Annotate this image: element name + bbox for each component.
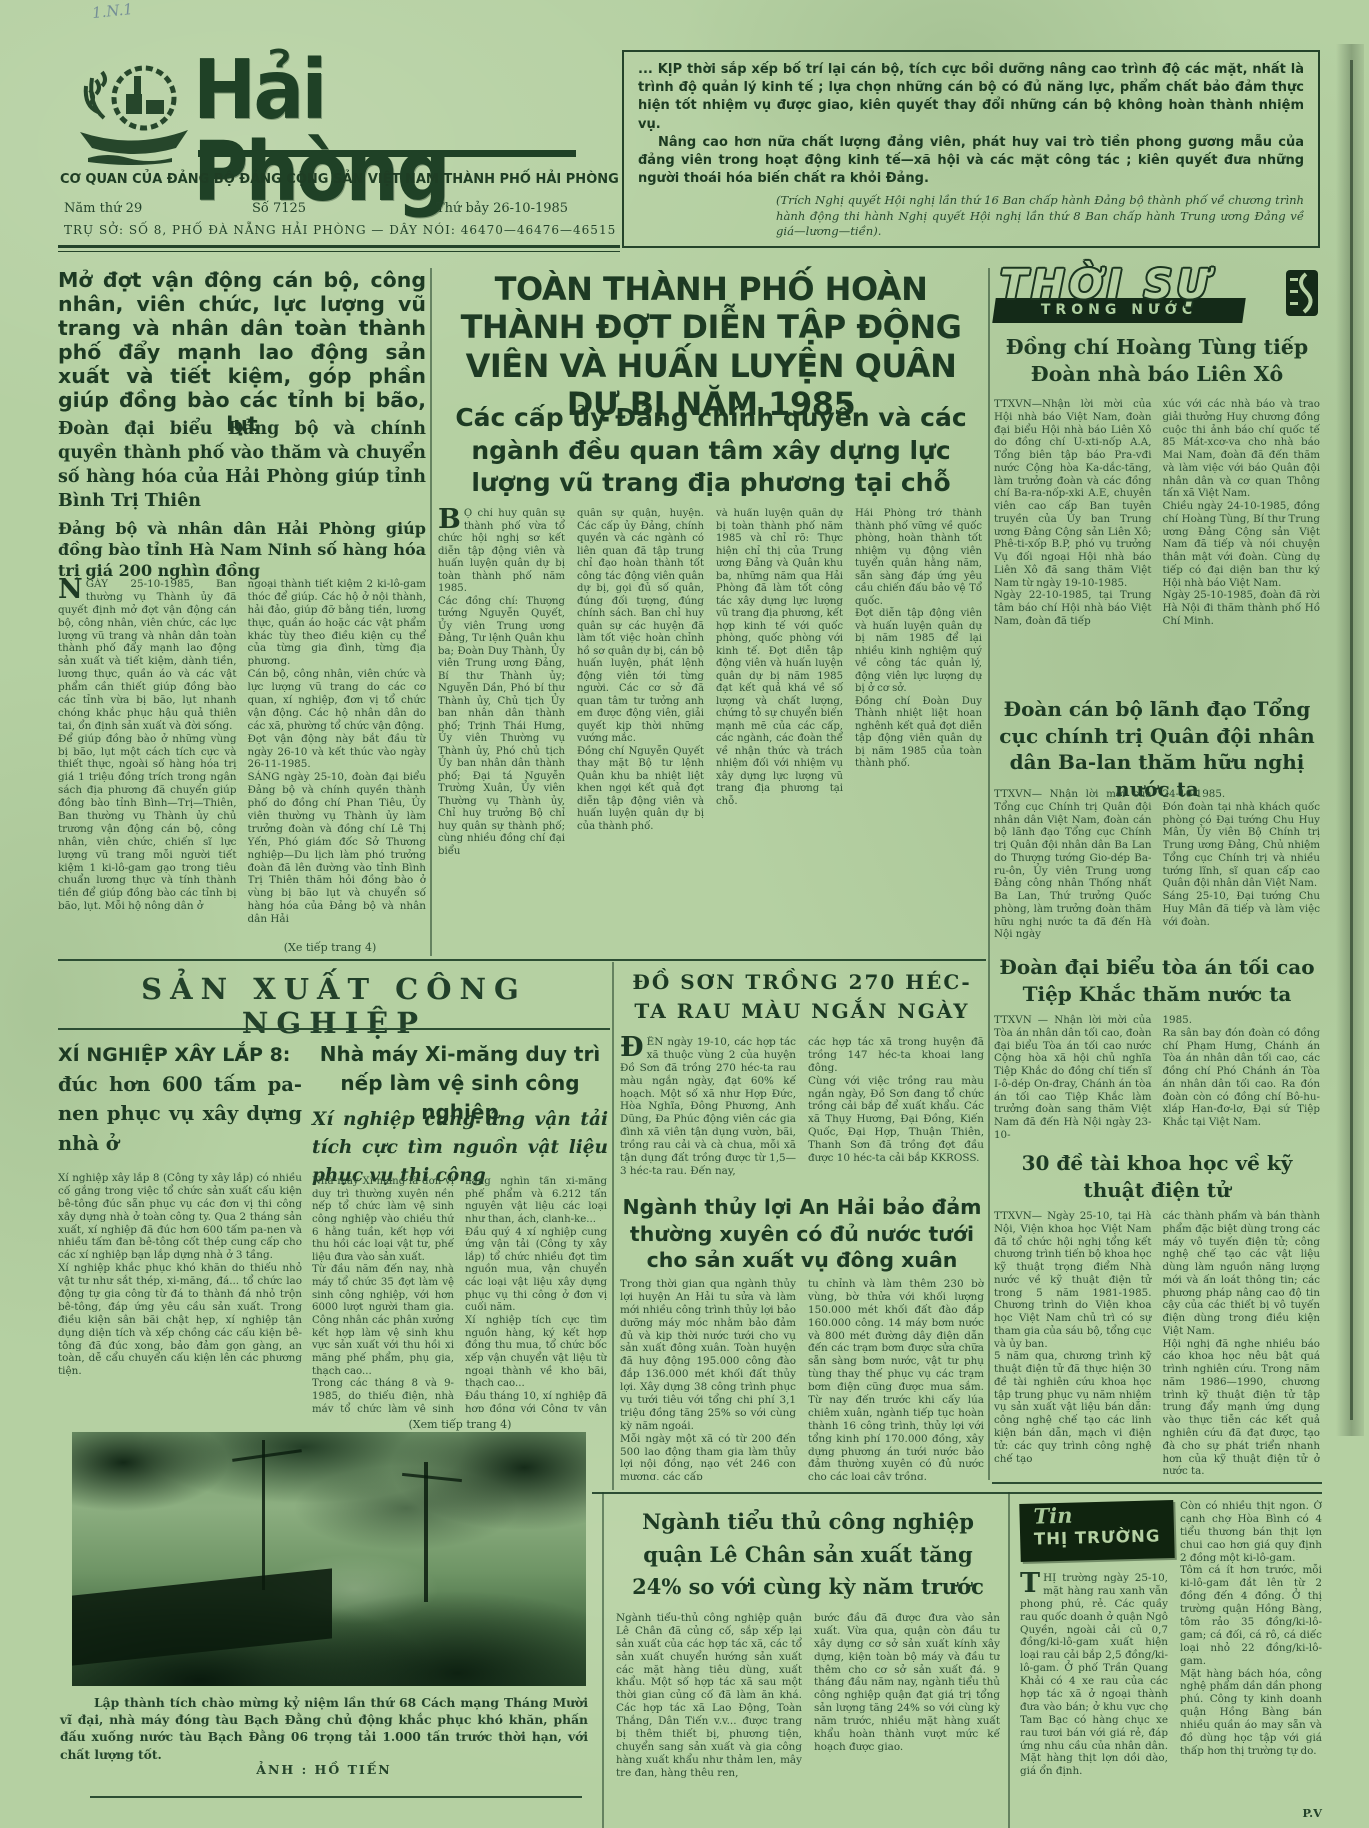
quote-attribution: (Trích Nghị quyết Hội nghị lần thứ 16 Ba…: [776, 193, 1304, 239]
newspaper-title: Hải Phòng: [193, 50, 561, 214]
edition-year: Năm thứ 29: [64, 201, 142, 216]
main-article-subhead: Các cấp ủy Đảng chính quyền và các ngành…: [438, 402, 984, 500]
column-divider: [430, 268, 432, 956]
issue-date: Thứ bảy 26-10-1985: [436, 201, 568, 216]
article-body: TTXVN — Nhận lời mời của Tòa án nhân dân…: [994, 1014, 1320, 1142]
article-column: xúc với các nhà báo và trao giải thưởng …: [1163, 398, 1321, 690]
article-column: bước đầu đã được đưa vào sản xuất. Vừa q…: [814, 1612, 1000, 1826]
quote-paragraph: ... KỊP thời sắp xếp bố trí lại cán bộ, …: [638, 61, 1304, 134]
crane-boom: [232, 1449, 302, 1462]
article-column: Nhà máy Xi-măng là đơn vị duy trì thường…: [312, 1176, 454, 1412]
article-column: 1985. Ra sân bay đón đoàn có đồng chí Ph…: [1163, 1014, 1321, 1142]
main-article-column: Hải Phòng trở thành thành phố vững về qu…: [855, 508, 982, 952]
an-hai-headline: Ngành thủy lợi An Hải bảo đảm thường xuy…: [620, 1194, 984, 1274]
xl8-headline-kicker: XÍ NGHIỆP XÂY LẮP 8:: [58, 1042, 302, 1069]
continued-on-page-note: (Xe tiếp trang 4): [240, 941, 420, 954]
main-article-column: BỘ chỉ huy quân sự thành phố vừa tổ chức…: [438, 508, 565, 952]
article-column: các thành phẩm và bán thành phẩm đặc biệ…: [1163, 1210, 1321, 1476]
news-stamp-icon: [1284, 268, 1320, 322]
article-column: các hợp tác xã trong huyện đã trồng 147 …: [808, 1036, 984, 1186]
column-divider: [988, 268, 990, 1480]
article-body: TTXVN—Nhận lời mời của Hội nhà báo Việt …: [994, 398, 1320, 690]
xl8-headline: đúc hơn 600 tấm pa-nen phục vụ xây dựng …: [58, 1070, 302, 1158]
divider: [90, 1796, 582, 1798]
lead-article-deck-2: Đảng bộ và nhân dân Hải Phòng giúp đồng …: [58, 518, 426, 581]
drop-cap: T: [1020, 1572, 1043, 1595]
section-divider: [58, 959, 986, 961]
tin-thi-truong-banner: Tin THỊ TRƯỜNG: [1019, 1500, 1174, 1562]
banner-title: THỜI SỰ: [1000, 262, 1213, 308]
header-divider: [58, 245, 620, 252]
lead-article-deck-1: Đoàn đại biểu Đảng bộ và chính quyền thà…: [58, 417, 426, 514]
ship-hull: [72, 1568, 332, 1665]
article-column: TTXVN— Ngày 25-10, tại Hà Nội, Viện khoa…: [994, 1210, 1152, 1476]
do-son-headline: ĐỒ SƠN TRỒNG 270 HÉC-TA RAU MÀU NGẮN NGÀ…: [620, 968, 984, 1026]
organ-line: CƠ QUAN CỦA ĐẢNG BỘ ĐẢNG CỘNG SẢN VIỆT N…: [60, 172, 582, 187]
article-headline: Đồng chí Hoàng Tùng tiếp Đoàn nhà báo Li…: [994, 334, 1320, 389]
main-article-headline: TOÀN THÀNH PHỐ HOÀN THÀNH ĐỢT DIỄN TẬP Đ…: [438, 270, 984, 424]
crane-mast: [262, 1440, 265, 1590]
crane-mast: [424, 1462, 428, 1602]
article-signature: P.V: [1180, 1806, 1322, 1820]
issue-number: Số 7125: [252, 201, 306, 216]
banner-underline: [58, 1028, 610, 1030]
main-article-column: và huấn luyện quân dự bị toàn thành phố …: [716, 508, 843, 952]
thi-truong-column: THỊ trường ngày 25-10, mặt hàng rau xanh…: [1020, 1572, 1168, 1828]
article-column: Ngành tiểu-thủ công nghiệp quận Lê Chân …: [616, 1612, 802, 1826]
drop-cap: Đ: [620, 1036, 647, 1059]
article-body: TTXVN— Ngày 25-10, tại Hà Nội, Viện khoa…: [994, 1210, 1320, 1476]
article-column: 24-10-1985. Đón đoàn tại nhà khách quốc …: [1163, 788, 1321, 948]
address-line: TRỤ SỞ: SỐ 8, PHỐ ĐÀ NẴNG HẢI PHÒNG — DÂ…: [64, 223, 624, 237]
article-headline: Đoàn cán bộ lãnh đạo Tổng cục chính trị …: [994, 696, 1320, 802]
lead-article-body: NGÀY 25-10-1985, Ban thường vụ Thành ủy …: [58, 578, 426, 936]
article-column: tu chỉnh và làm thêm 230 bờ vùng, bờ thử…: [808, 1278, 984, 1480]
le-chan-headline: Ngành tiểu thủ công nghiệp quận Lê Chân …: [616, 1506, 1000, 1604]
thoi-su-trong-nuoc-banner: TRONG NƯỚC THỜI SỰ: [992, 266, 1322, 326]
photo-credit: ẢNH : HỒ TIẾN: [60, 1762, 588, 1777]
article-column: TTXVN — Nhận lời mời của Tòa án nhân dân…: [994, 1014, 1152, 1142]
drop-cap: B: [438, 508, 464, 531]
article-headline: Đoàn đại biểu tòa án tối cao Tiệp Khắc t…: [994, 954, 1320, 1007]
newspaper-page: 1.N.1 Hải Phòng CƠ QUAN CỦA ĐẢNG BỘ ĐẢNG…: [0, 0, 1369, 1828]
quote-paragraph: Nâng cao hơn nữa chất lượng đảng viên, p…: [638, 134, 1304, 189]
title-underline: [198, 150, 576, 157]
photo-caption: Lập thành tích chào mừng kỷ niệm lần thứ…: [60, 1694, 588, 1763]
article-headline: 30 đề tài khoa học về kỹ thuật điện tử: [994, 1150, 1320, 1203]
article-column: hàng nghìn tấn xi-măng phế phẩm và 6.212…: [465, 1176, 607, 1412]
article-column: TTXVN— Nhận lời mời của Tổng cục Chính t…: [994, 788, 1152, 948]
article-column: ĐẾN ngày 19-10, các hợp tác xã thuộc vùn…: [620, 1036, 796, 1186]
main-article-column: quân sự quận, huyện. Các cấp ủy Đảng, ch…: [577, 508, 704, 952]
article-column: Trong thời gian qua ngành thủy lợi huyện…: [620, 1278, 796, 1480]
article-column: TTXVN—Nhận lời mời của Hội nhà báo Việt …: [994, 398, 1152, 690]
lead-article-headline: Mở đợt vận động cán bộ, công nhân, viên …: [58, 268, 426, 436]
banner-title: THỊ TRƯỜNG: [1024, 1526, 1170, 1549]
party-resolution-quote-box: ... KỊP thời sắp xếp bố trí lại cán bộ, …: [622, 50, 1320, 248]
shipyard-photo: [72, 1432, 586, 1686]
section-divider: [992, 1482, 1322, 1484]
thi-truong-column: Còn có nhiều thịt ngon. Ở cạnh chợ Hòa B…: [1180, 1500, 1322, 1802]
continued-on-page-note: (Xem tiếp trang 4): [312, 1418, 608, 1431]
section-divider: [592, 1492, 1322, 1494]
drop-cap: N: [58, 578, 86, 601]
column-divider: [602, 1492, 604, 1828]
main-article-body: BỘ chỉ huy quân sự thành phố vừa tổ chức…: [438, 508, 984, 952]
xl8-article-body: Xí nghiệp xây lắp 8 (Công ty xây lắp) có…: [58, 1172, 302, 1420]
column-divider: [1008, 1492, 1010, 1828]
article-body: TTXVN— Nhận lời mời của Tổng cục Chính t…: [994, 788, 1320, 948]
lead-article-column: NGÀY 25-10-1985, Ban thường vụ Thành ủy …: [58, 578, 237, 936]
handwritten-mark: 1.N.1: [91, 0, 133, 22]
masthead-emblem-icon: [68, 56, 200, 168]
scan-edge-line: [1350, 60, 1353, 1420]
crane-boom: [402, 1473, 462, 1482]
ximang-article-body: Nhà máy Xi-măng là đơn vị duy trì thường…: [312, 1176, 608, 1412]
le-chan-article-body: Ngành tiểu-thủ công nghiệp quận Lê Chân …: [616, 1612, 1000, 1826]
banner-kicker: Tin: [1033, 1503, 1073, 1529]
an-hai-article-body: Trong thời gian qua ngành thủy lợi huyện…: [620, 1278, 984, 1480]
do-son-article-body: ĐẾN ngày 19-10, các hợp tác xã thuộc vùn…: [620, 1036, 984, 1186]
lead-article-column: ngoại thành tiết kiệm 2 ki-lô-gam thóc đ…: [248, 578, 427, 936]
column-divider: [612, 962, 614, 1490]
